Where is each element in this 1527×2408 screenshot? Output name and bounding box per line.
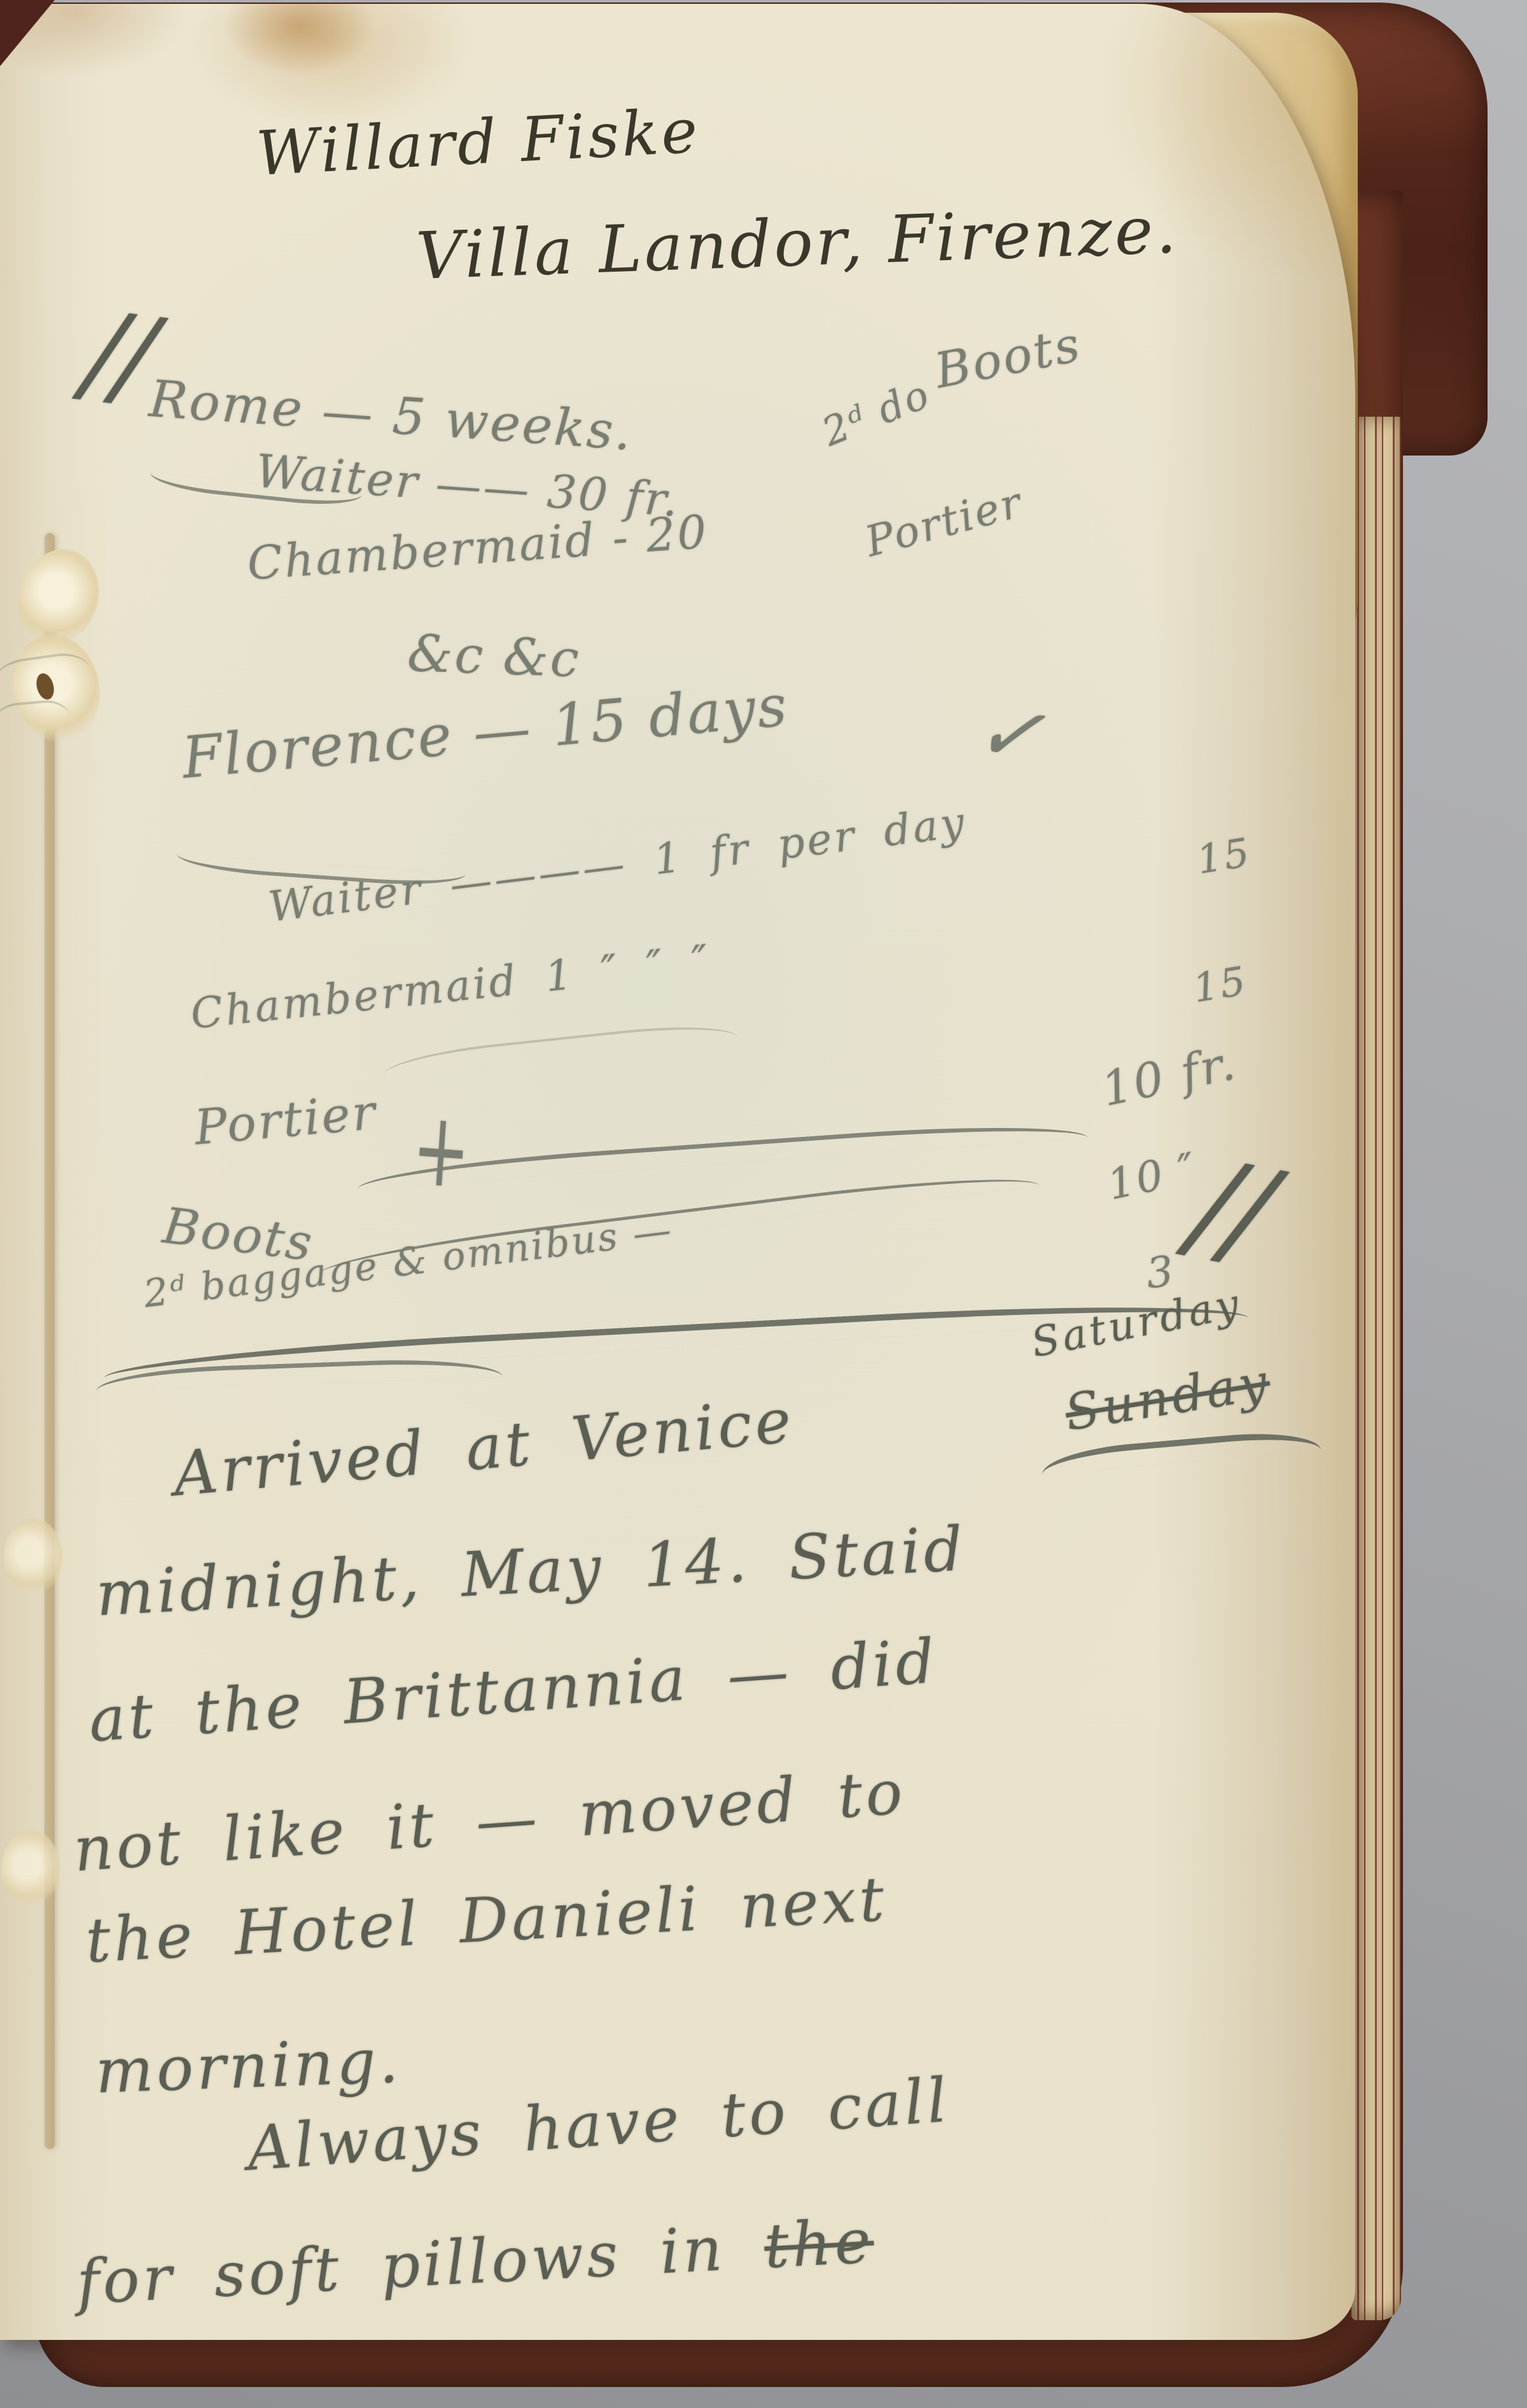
journal-struck-word: the (762, 2205, 875, 2282)
page-fore-edge-stack (1351, 417, 1401, 2320)
rome-etcetera: &c &c (407, 623, 582, 688)
binding-seam (45, 533, 55, 2149)
florence-portier-cross: + (408, 1089, 476, 1213)
journal-line: morning. (94, 2025, 403, 2107)
florence-baggage-amount: 3 (1144, 1246, 1178, 1298)
florence-waiter-amount: 15 (1194, 829, 1254, 883)
binding-thread-tuft (4, 1518, 62, 1596)
florence-chambermaid-amount: 15 (1190, 957, 1250, 1012)
notebook-photograph: Willard Fiske Villa Landor, Firenze. // … (0, 0, 1527, 2408)
checkmark: ✓ (968, 682, 1052, 786)
binding-thread-tuft (1, 1830, 60, 1907)
